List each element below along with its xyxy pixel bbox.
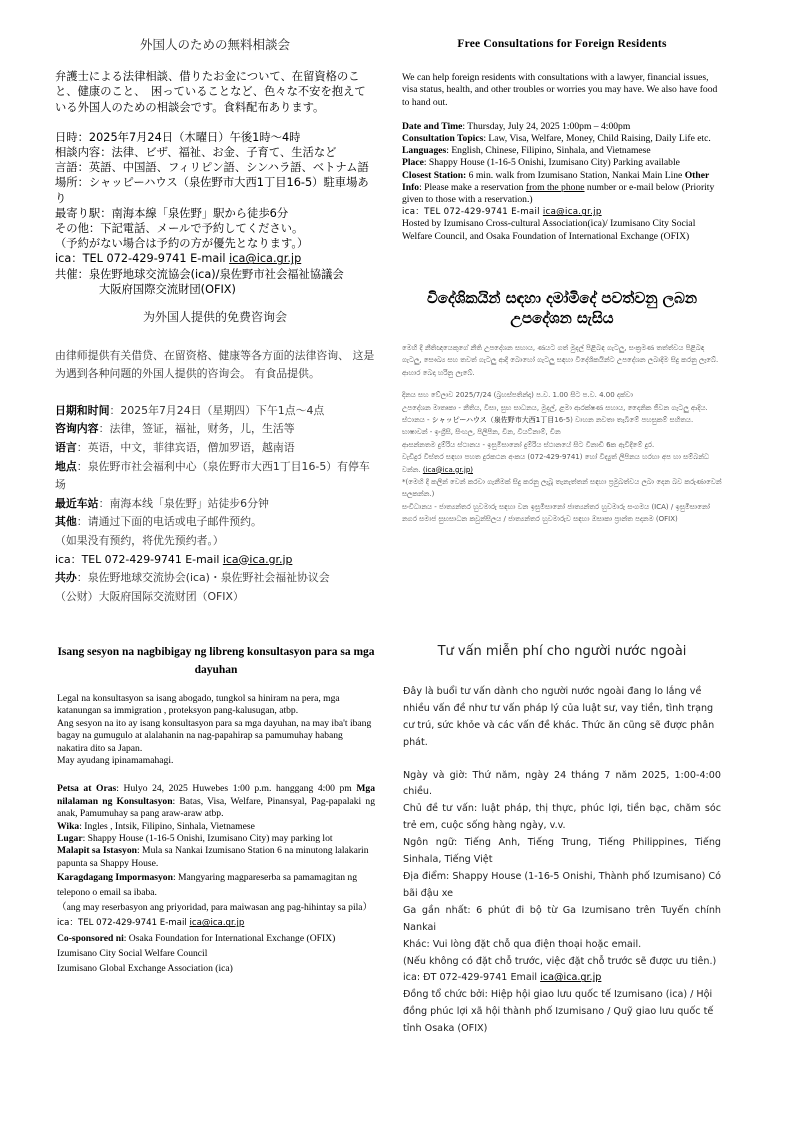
english-place: : Shappy House (1-16-5 Onishi, Izumisano…	[424, 157, 680, 168]
filipino-email-link[interactable]: ica@ica.gr.jp	[189, 918, 244, 928]
chinese-other-label: 其他	[55, 515, 77, 528]
japanese-intro: 弁護士による法律相談、借りたお金について、在留資格のこと、健康のこと、 困ってい…	[55, 69, 375, 115]
japanese-topics: 相談内容：法律、ビザ、福祉、お金、子育て、生活など	[55, 145, 375, 160]
sinhala-place-jp: シャッピーハウス（泉佐野市大西1丁目	[432, 416, 554, 424]
chinese-topics: ：法律，签证，福祉，财务，儿，生活等	[99, 422, 295, 435]
vietnamese-intro: Đây là buổi tư vấn dành cho người nước n…	[403, 684, 721, 752]
vietnamese-other-note: (Nếu không có đặt chỗ trước, việc đặt ch…	[403, 954, 721, 971]
chinese-datetime-label: 日期和时间	[55, 404, 109, 417]
filipino-other-label: Karagdagang Impormasyon	[57, 872, 173, 883]
english-title: Free Consultations for Foreign Residents	[402, 38, 722, 50]
chinese-title: 为外国人提供的免费咨询会	[55, 308, 375, 327]
english-station-label: Closest Station:	[402, 170, 466, 181]
japanese-section: 外国人のための無料相談会 弁護士による法律相談、借りたお金について、在留資格のこ…	[55, 37, 375, 297]
sinhala-other: වැඩිදුර විස්තර සඳහා පහත දුරකථන අංකය (072…	[402, 451, 722, 476]
filipino-cosponsor: : Osaka Foundation for International Exc…	[124, 933, 336, 944]
vietnamese-section: Tư vấn miễn phí cho người nước ngoài Đây…	[403, 644, 721, 1038]
chinese-cosponsor-row: 共办：泉佐野地球交流协会(ica)・泉佐野社会福祉协议会	[55, 569, 375, 588]
vietnamese-station: Ga gần nhất: 6 phút đi bộ từ Ga Izumisan…	[403, 903, 721, 937]
japanese-datetime: 日時：2025年7月24日（木曜日）午後1時～4時	[55, 130, 375, 145]
filipino-station-row: Malapit sa Istasyon: Mula sa Nankai Izum…	[57, 845, 375, 870]
filipino-datetime-topics: Petsa at Oras: Hulyo 24, 2025 Huwebes 1:…	[57, 783, 375, 820]
japanese-title: 外国人のための無料相談会	[55, 37, 375, 52]
filipino-intro-3: May ayudang ipinamamahagi.	[57, 755, 375, 767]
chinese-datetime-row: 日期和时间：2025年7月24日（星期四）下午1点～4点	[55, 402, 375, 421]
chinese-place-label: 地点	[55, 460, 77, 473]
sinhala-languages: භාෂාවන් - ඉංග්‍රීසි, සිංහල, පිලිපීන, චීන…	[402, 426, 722, 438]
chinese-cosponsor-label: 共办	[55, 571, 77, 584]
sinhala-place: ස්ථානය - シャッピーハウス（泉佐野市大西1丁目16-5) වාහන නව…	[402, 414, 722, 426]
japanese-contact-phone: ica：TEL 072-429-9741 E-mail	[55, 252, 229, 265]
sinhala-note: *(මෙහි දී කලින් වෙන් කරවා ගැනීමක් සිදු ක…	[402, 476, 722, 501]
english-email-link[interactable]: ica@ica.gr.jp	[543, 207, 602, 217]
filipino-other-note: （ang may reserbasyon ang priyoridad, par…	[57, 900, 375, 915]
chinese-topics-row: 咨询内容：法律，签证，福祉，财务，儿，生活等	[55, 420, 375, 439]
filipino-cosponsor-label: Co-sponsored ni	[57, 933, 124, 944]
filipino-languages: : Ingles , Intsik, Filipino, Sinhala, Vi…	[79, 821, 255, 832]
filipino-datetime: : Hulyo 24, 2025 Huwebes 1:00 p.m. hangg…	[116, 783, 356, 794]
english-other: : Please make a reservation	[419, 182, 526, 193]
filipino-cosponsor-row: Co-sponsored ni: Osaka Foundation for In…	[57, 931, 375, 946]
vietnamese-other: Khác: Vui lòng đặt chỗ qua điện thoại ho…	[403, 937, 721, 954]
chinese-station-label: 最近车站	[55, 497, 99, 510]
japanese-station: 最寄り駅：南海本線「泉佐野」駅から徒歩6分	[55, 206, 375, 221]
japanese-cosponsor-2: 大阪府国際交流財団(OFIX)	[55, 282, 375, 297]
chinese-languages-label: 语言	[55, 441, 77, 454]
chinese-section: 为外国人提供的免费咨询会 由律师提供有关借贷、在留资格、健康等各方面的法律咨询、…	[55, 308, 375, 606]
english-phone-link[interactable]: from the phone	[526, 182, 585, 193]
filipino-intro: Legal na konsultasyon sa isang abogado, …	[57, 693, 375, 767]
filipino-contact-phone: ica：TEL 072-429-9741 E-mail	[57, 918, 189, 928]
japanese-cosponsor: 共催：泉佐野地球交流協会(ica)/泉佐野市社会福祉協議会	[55, 267, 375, 282]
chinese-station: ：南海本线「泉佐野」站徒步6分钟	[99, 497, 269, 510]
sinhala-title: විදේශිකයින් සඳහා දමා්මිදේ පවත්වනු ලබන උප…	[402, 288, 722, 328]
english-intro: We can help foreign residents with consu…	[402, 72, 722, 109]
filipino-cosponsor-2: Izumisano City Social Welfare Council	[57, 946, 375, 961]
filipino-other-row: Karagdagang Impormasyon: Mangyaring magp…	[57, 870, 375, 900]
vietnamese-contact: ica: ĐT 072-429-9741 Email ica@ica.gr.jp	[403, 970, 721, 987]
vietnamese-place: Địa điểm: Shappy House (1-16-5 Onishi, T…	[403, 869, 721, 903]
japanese-email-link[interactable]: ica@ica.gr.jp	[229, 252, 301, 265]
filipino-languages-label: Wika	[57, 821, 79, 832]
english-place-label: Place	[402, 157, 424, 168]
chinese-other-note: （如果没有预约，将优先预约者。）	[55, 532, 375, 551]
chinese-place: ：泉佐野市社会福利中心（泉佐野市大西1丁目16-5）有停车场	[55, 460, 370, 492]
filipino-languages-row: Wika: Ingles , Intsik, Filipino, Sinhala…	[57, 821, 375, 833]
japanese-other-note: （予約がない場合は予約の方が優先となります。）	[55, 236, 375, 251]
filipino-place: : Shappy House (1-16-5 Onishi, Izumisano…	[83, 833, 333, 844]
chinese-languages-row: 语言：英语，中文，菲律宾语，僧加罗语，越南语	[55, 439, 375, 458]
vietnamese-title: Tư vấn miễn phí cho người nước ngoài	[403, 644, 721, 661]
vietnamese-cosponsor: Đồng tổ chức bởi: Hiệp hội giao lưu quốc…	[403, 987, 721, 1038]
english-topics: : Law, Visa, Welfare, Money, Child Raisi…	[483, 133, 711, 144]
english-station: 6 min. walk from Izumisano Station, Nank…	[466, 170, 684, 181]
vietnamese-contact-phone: ica: ĐT 072-429-9741 Email	[403, 972, 540, 983]
chinese-email-link[interactable]: ica@ica.gr.jp	[223, 553, 293, 566]
filipino-station-label: Malapit sa Istasyon	[57, 845, 137, 856]
chinese-topics-label: 咨询内容	[55, 422, 99, 435]
english-datetime: : Thursday, July 24, 2025 1:00pm – 4:00p…	[462, 121, 630, 132]
english-languages-label: Languages	[402, 145, 446, 156]
chinese-datetime: ：2025年7月24日（星期四）下午1点～4点	[109, 404, 324, 417]
sinhala-section: විදේශිකයින් සඳහා දමා්මිදේ පවත්වනු ලබන උප…	[402, 288, 722, 526]
filipino-contact: ica：TEL 072-429-9741 E-mail ica@ica.gr.j…	[57, 915, 375, 931]
filipino-datetime-label: Petsa at Oras	[57, 783, 116, 794]
sinhala-cosponsor: සංවිධානය - ජාත්‍යන්තර හුවමාරු සඳහා වන ඉස…	[402, 501, 722, 526]
sinhala-place-post: 16-5) වාහන නවතා තැබීමේ පහසුකම් සහිතය.	[554, 416, 693, 424]
english-hosted: Hosted by Izumisano Cross-cultural Assoc…	[402, 218, 695, 241]
chinese-station-row: 最近车站：南海本线「泉佐野」站徒步6分钟	[55, 495, 375, 514]
english-details: Date and Time: Thursday, July 24, 2025 1…	[402, 121, 722, 243]
chinese-contact-phone: ica：TEL 072-429-9741 E-mail	[55, 553, 223, 566]
filipino-place-label: Lugar	[57, 833, 83, 844]
japanese-place: 場所：シャッピーハウス（泉佐野市大西1丁目16-5）駐車場あり	[55, 175, 375, 205]
sinhala-place-label: ස්ථානය -	[402, 416, 432, 424]
filipino-intro-2: Ang sesyon na ito ay isang konsultasyon …	[57, 718, 375, 755]
chinese-intro: 由律师提供有关借贷、在留资格、健康等各方面的法律咨询、 这是为遇到各种问题的外国…	[55, 347, 375, 384]
chinese-languages: ：英语，中文，菲律宾语，僧加罗语，越南语	[77, 441, 295, 454]
sinhala-topics: උපදේශන මාතෘකා - නීතිය, වීසා, සුභ සාධනය, …	[402, 402, 722, 414]
filipino-cosponsor-3: Izumisano Global Exchange Association (i…	[57, 961, 375, 976]
vietnamese-topics: Chủ đề tư vấn: luật pháp, thị thực, phúc…	[403, 801, 721, 835]
vietnamese-datetime: Ngày và giờ: Thứ năm, ngày 24 tháng 7 nă…	[403, 768, 721, 802]
japanese-languages: 言語：英語、中国語、フィリピン語、シンハラ語、ベトナム語	[55, 160, 375, 175]
japanese-contact: ica：TEL 072-429-9741 E-mail ica@ica.gr.j…	[55, 251, 375, 266]
sinhala-email-link[interactable]: (ica@ica.gr.jp)	[423, 466, 473, 474]
chinese-other-row: 其他：请通过下面的电话或电子邮件预约。	[55, 513, 375, 532]
japanese-other: その他：下記電話、メールで予約してください。	[55, 221, 375, 236]
chinese-other: ：请通过下面的电话或电子邮件预约。	[77, 515, 262, 528]
sinhala-intro: මෙහි දී නීතිඥයෙකුගේ නීති උපදේශන සහාය, ණය…	[402, 342, 722, 379]
filipino-title: Isang sesyon na nagbibigay ng libreng ko…	[57, 643, 375, 679]
filipino-intro-1: Legal na konsultasyon sa isang abogado, …	[57, 693, 375, 718]
english-datetime-label: Date and Time	[402, 121, 462, 132]
chinese-place-row: 地点：泉佐野市社会福利中心（泉佐野市大西1丁目16-5）有停车场	[55, 458, 375, 495]
chinese-cosponsor-2: （公财）大阪府国际交流财团（OFIX）	[55, 588, 375, 607]
english-contact-phone: ica：TEL 072-429-9741 E-mail	[402, 207, 543, 217]
vietnamese-email-link[interactable]: ica@ica.gr.jp	[540, 972, 601, 983]
chinese-cosponsor: ：泉佐野地球交流协会(ica)・泉佐野社会福祉协议会	[77, 571, 330, 584]
vietnamese-languages: Ngôn ngữ: Tiếng Anh, Tiếng Trung, Tiếng …	[403, 835, 721, 869]
english-section: Free Consultations for Foreign Residents…	[402, 38, 722, 243]
filipino-section: Isang sesyon na nagbibigay ng libreng ko…	[57, 643, 375, 976]
sinhala-station: ආසන්නතම දුම්රිය ස්ථානය - ඉසුමිසානෝ දුම්ර…	[402, 439, 722, 451]
english-topics-label: Consultation Topics	[402, 133, 483, 144]
sinhala-datetime: දිනය සහ වේලාව 2025/7/24 (බ්‍රහස්පතින්දා)…	[402, 389, 722, 401]
filipino-place-row: Lugar: Shappy House (1-16-5 Onishi, Izum…	[57, 833, 375, 845]
chinese-contact: ica：TEL 072-429-9741 E-mail ica@ica.gr.j…	[55, 551, 375, 570]
english-languages: : English, Chinese, Filipino, Sinhala, a…	[446, 145, 650, 156]
